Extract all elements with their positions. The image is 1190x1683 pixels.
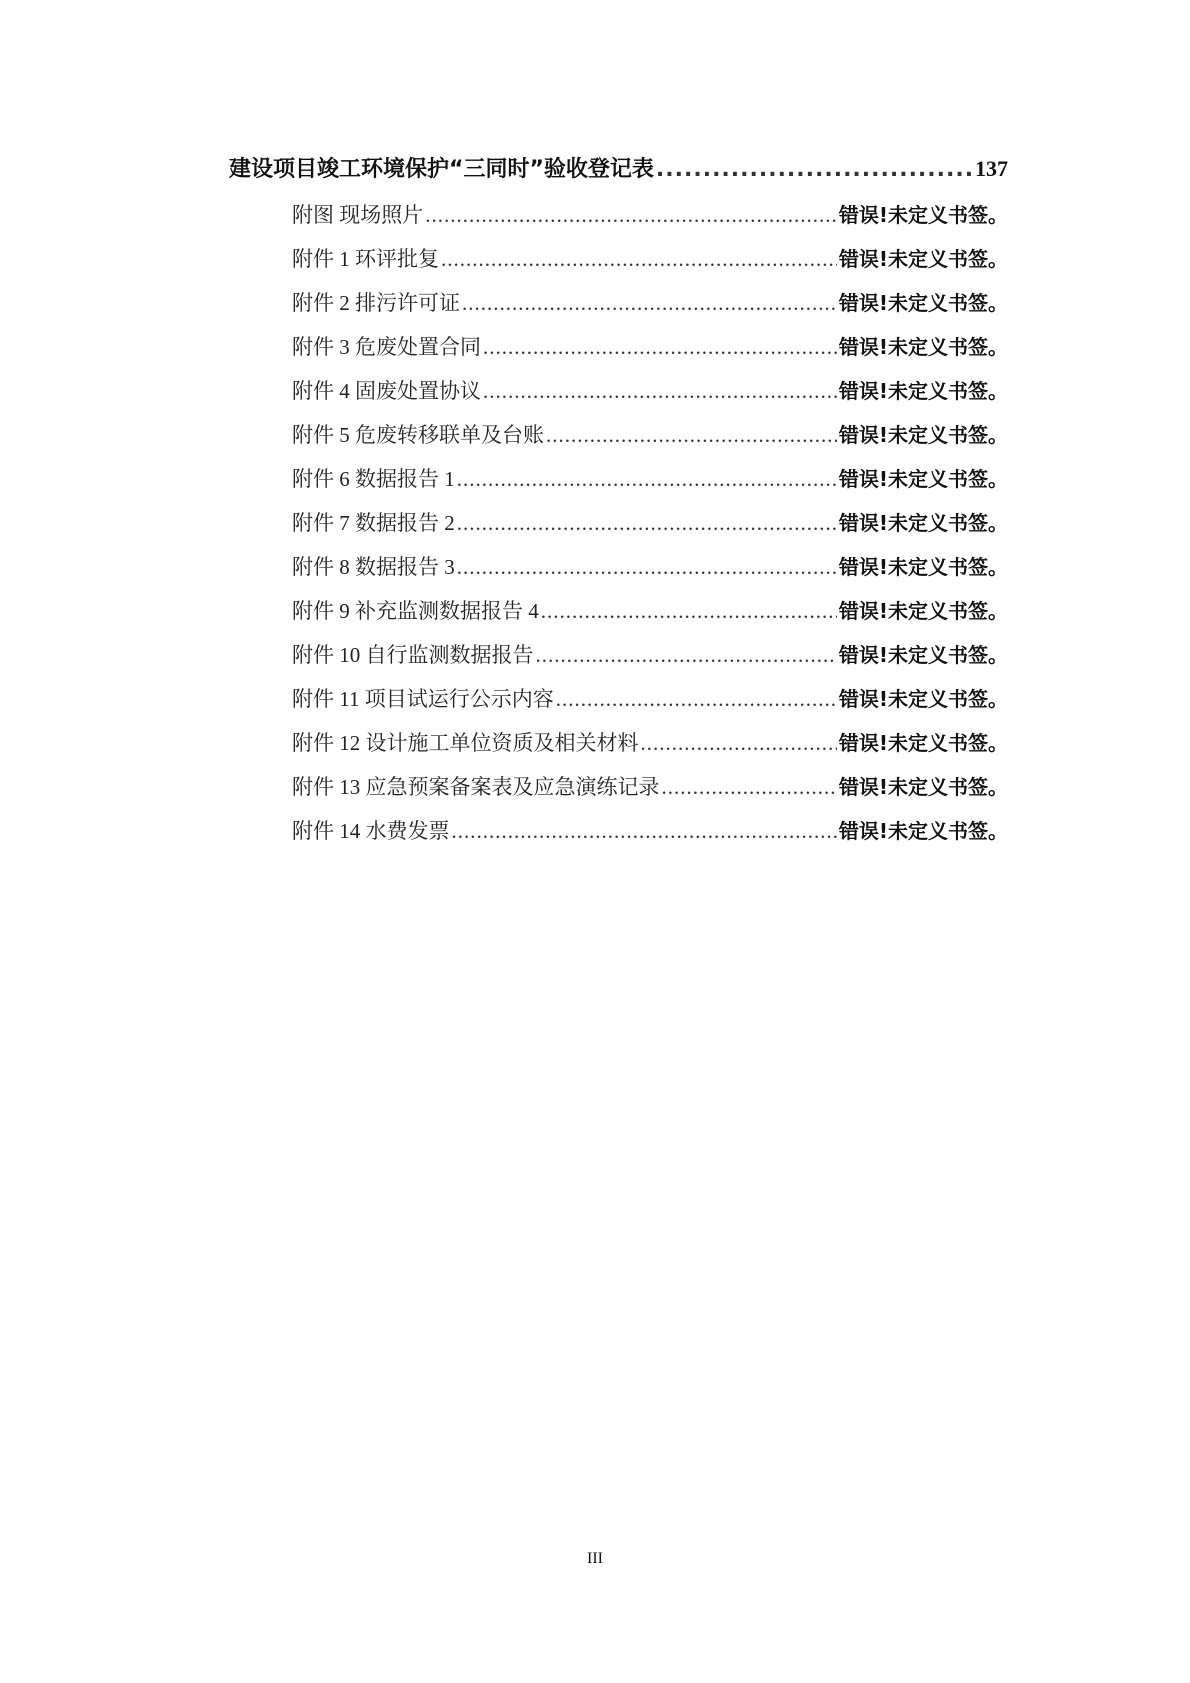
toc-entry-label: 附图 现场照片: [292, 199, 423, 229]
toc-entry[interactable]: 附件 2 排污许可证错误!未定义书签。: [292, 287, 1008, 321]
toc-entry-label: 附件 7 数据报告 2: [292, 507, 455, 537]
toc-entry-page: 错误!未定义书签。: [839, 639, 1008, 668]
toc-entry-page: 错误!未定义书签。: [839, 683, 1008, 712]
toc-entry-label: 附件 10 自行监测数据报告: [292, 639, 534, 669]
toc-entry[interactable]: 附件 11 项目试运行公示内容错误!未定义书签。: [292, 683, 1008, 717]
toc-entry[interactable]: 附件 9 补充监测数据报告 4错误!未定义书签。: [292, 595, 1008, 629]
toc-entry[interactable]: 附图 现场照片错误!未定义书签。: [292, 199, 1008, 233]
dot-leader: [541, 599, 837, 624]
toc-entry-page: 错误!未定义书签。: [839, 595, 1008, 624]
dot-leader: [441, 247, 837, 272]
page-number: III: [0, 1550, 1190, 1568]
toc-entry-label: 附件 13 应急预案备案表及应急演练记录: [292, 771, 660, 801]
toc-entry-label: 附件 2 排污许可证: [292, 287, 460, 317]
toc-entry[interactable]: 附件 7 数据报告 2错误!未定义书签。: [292, 507, 1008, 541]
dot-leader: [641, 731, 837, 756]
dot-leader: [483, 379, 837, 404]
toc-entry-page: 错误!未定义书签。: [839, 243, 1008, 272]
toc-entry[interactable]: 附件 8 数据报告 3错误!未定义书签。: [292, 551, 1008, 585]
toc-entry-page: 错误!未定义书签。: [839, 727, 1008, 756]
toc-entry[interactable]: 附件 14 水费发票错误!未定义书签。: [292, 815, 1008, 849]
toc-entry[interactable]: 附件 3 危废处置合同错误!未定义书签。: [292, 331, 1008, 365]
dot-leader: [536, 643, 837, 668]
toc-entry-page: 错误!未定义书签。: [839, 287, 1008, 316]
dot-leader: [483, 335, 837, 360]
toc-entry-page: 错误!未定义书签。: [839, 331, 1008, 360]
dot-leader: [425, 203, 837, 228]
toc-entry-page: 错误!未定义书签。: [839, 507, 1008, 536]
toc-entry-label: 附件 12 设计施工单位资质及相关材料: [292, 727, 639, 757]
toc-entry-page: 错误!未定义书签。: [839, 199, 1008, 228]
dot-leader: [457, 467, 837, 492]
toc-entry-page: 错误!未定义书签。: [839, 815, 1008, 844]
toc-entry-label: 附件 8 数据报告 3: [292, 551, 455, 581]
toc-entry-page: 错误!未定义书签。: [839, 771, 1008, 800]
toc-entry[interactable]: 附件 6 数据报告 1错误!未定义书签。: [292, 463, 1008, 497]
toc-entry-page: 137: [975, 156, 1008, 182]
toc-entry-page: 错误!未定义书签。: [839, 419, 1008, 448]
dot-leader: [452, 819, 837, 844]
toc-entry-label: 附件 1 环评批复: [292, 243, 439, 273]
toc-entry[interactable]: 附件 4 固废处置协议错误!未定义书签。: [292, 375, 1008, 409]
dot-leader: [662, 775, 837, 800]
toc-entry[interactable]: 附件 13 应急预案备案表及应急演练记录错误!未定义书签。: [292, 771, 1008, 805]
dot-leader: [656, 157, 973, 182]
toc-entry-label: 附件 9 补充监测数据报告 4: [292, 595, 539, 625]
toc-entry-label: 附件 4 固废处置协议: [292, 375, 481, 405]
toc-entry-label: 附件 14 水费发票: [292, 815, 450, 845]
toc-entry[interactable]: 附件 12 设计施工单位资质及相关材料错误!未定义书签。: [292, 727, 1008, 761]
toc-entry-page: 错误!未定义书签。: [839, 463, 1008, 492]
dot-leader: [457, 511, 837, 536]
toc-entry-label: 建设项目竣工环境保护“三同时”验收登记表: [229, 152, 654, 183]
toc-entry-page: 错误!未定义书签。: [839, 375, 1008, 404]
toc-entry[interactable]: 附件 1 环评批复错误!未定义书签。: [292, 243, 1008, 277]
toc-entry-label: 附件 5 危废转移联单及台账: [292, 419, 544, 449]
dot-leader: [462, 291, 837, 316]
toc-entry-label: 附件 6 数据报告 1: [292, 463, 455, 493]
toc-entry-page: 错误!未定义书签。: [839, 551, 1008, 580]
toc-entry[interactable]: 附件 5 危废转移联单及台账错误!未定义书签。: [292, 419, 1008, 453]
toc-entry-label: 附件 11 项目试运行公示内容: [292, 683, 554, 713]
dot-leader: [457, 555, 837, 580]
dot-leader: [546, 423, 837, 448]
toc-entry[interactable]: 附件 10 自行监测数据报告错误!未定义书签。: [292, 639, 1008, 673]
toc-entry-label: 附件 3 危废处置合同: [292, 331, 481, 361]
toc-main-entry[interactable]: 建设项目竣工环境保护“三同时”验收登记表 137: [229, 152, 1008, 186]
dot-leader: [556, 687, 837, 712]
